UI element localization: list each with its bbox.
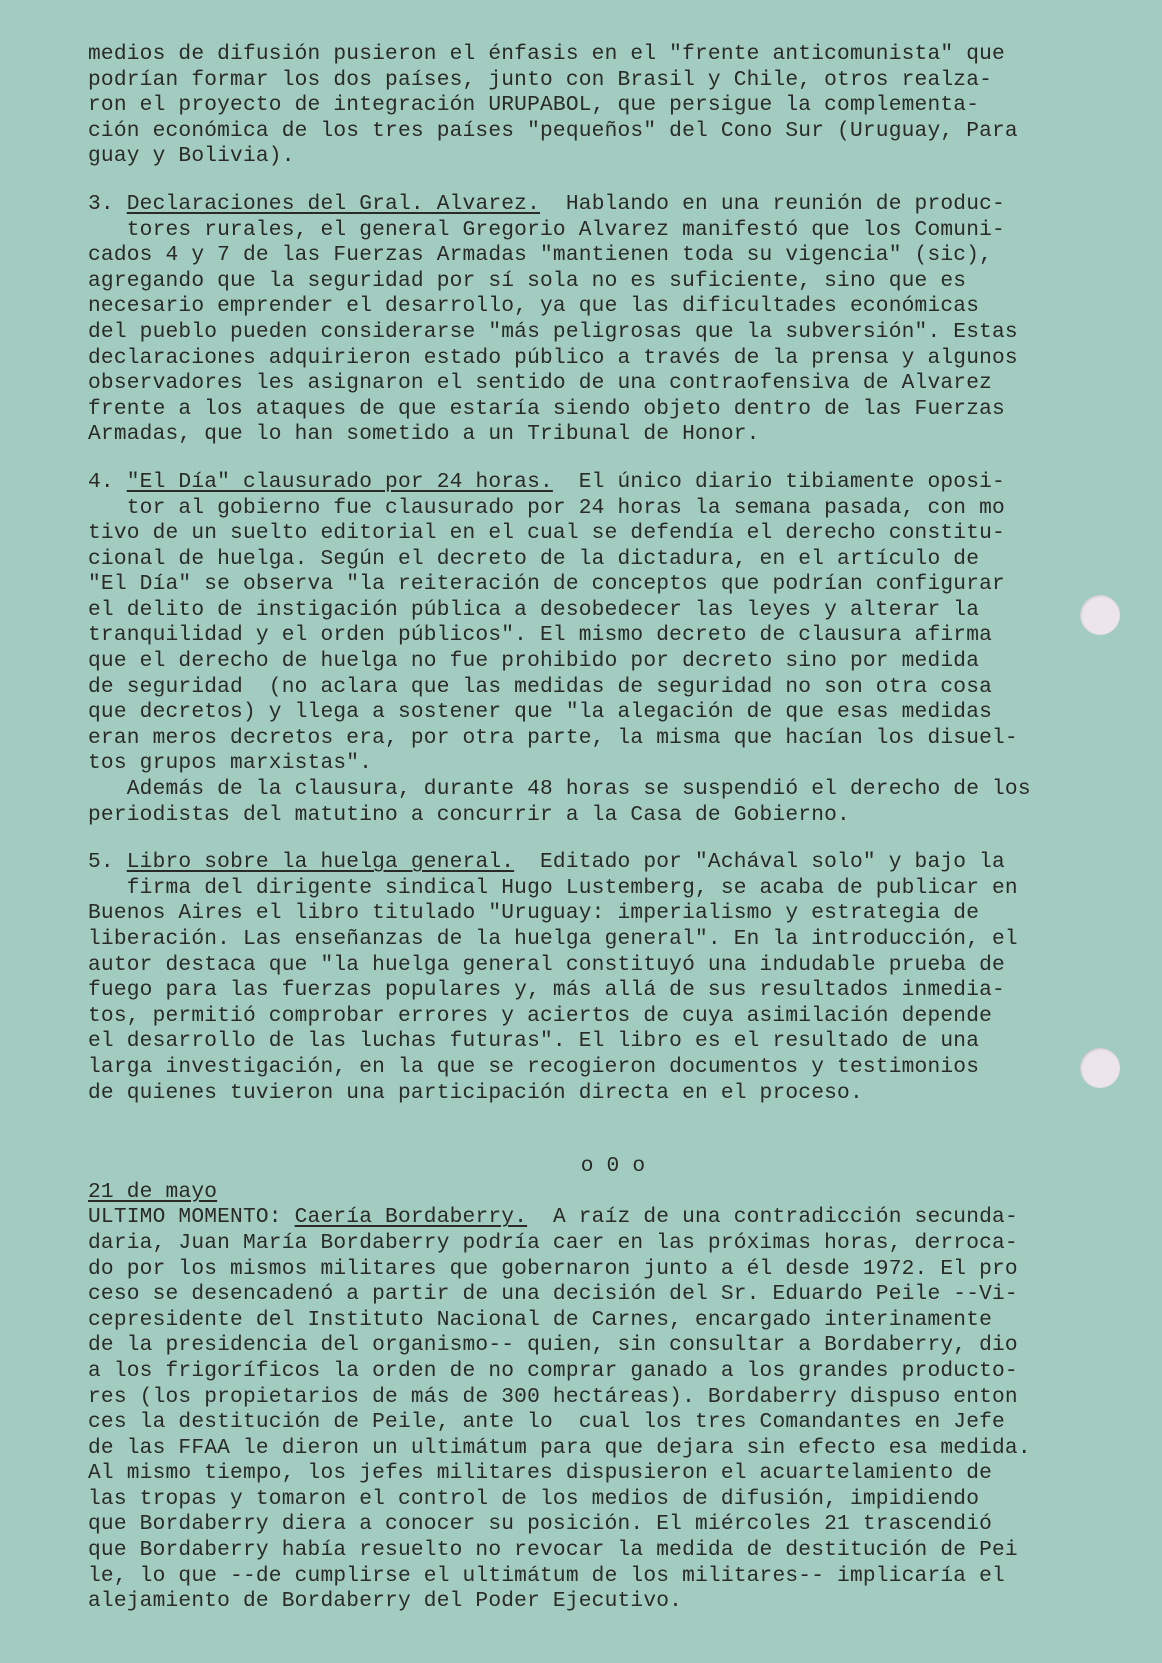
text-line: ceso se desencadenó a partir de una deci…: [88, 1282, 1138, 1308]
text-line: observadores les asignaron el sentido de…: [88, 371, 1138, 397]
text-line: tores rurales, el general Gregorio Alvar…: [88, 218, 1138, 244]
text-fragment: Editado por "Achával solo" y bajo la: [514, 850, 1005, 874]
update-date: 21 de mayo: [88, 1180, 217, 1204]
text-line: que decretos) y llega a sostener que "la…: [88, 700, 1138, 726]
text-line: declaraciones adquirieron estado público…: [88, 346, 1138, 372]
section-5: 5. Libro sobre la huelga general. Editad…: [88, 850, 1138, 1106]
text-line: cional de huelga. Según el decreto de la…: [88, 547, 1138, 573]
text-line: fuego para las fuerzas populares y, más …: [88, 978, 1138, 1004]
text-line: "El Día" se observa "la reiteración de c…: [88, 572, 1138, 598]
punch-hole-icon: [1080, 1048, 1120, 1088]
text-line: tos grupos marxistas".: [88, 751, 1138, 777]
text-line: el delito de instigación pública a desob…: [88, 598, 1138, 624]
text-line: ces la destitución de Peile, ante lo cua…: [88, 1410, 1138, 1436]
text-line: guay y Bolivia).: [88, 144, 1138, 170]
section-3: 3. Declaraciones del Gral. Alvarez. Habl…: [88, 192, 1138, 448]
section-title: Declaraciones del Gral. Alvarez.: [127, 192, 540, 216]
intro-paragraph: medios de difusión pusieron el énfasis e…: [88, 42, 1138, 170]
text-line: necesario emprender el desarrollo, ya qu…: [88, 294, 1138, 320]
text-line: tor al gobierno fue clausurado por 24 ho…: [88, 496, 1138, 522]
text-line: el desarrollo de las luchas futuras". El…: [88, 1029, 1138, 1055]
text-line: de la presidencia del organismo-- quien,…: [88, 1333, 1138, 1359]
text-fragment: A raíz de una contradicción secunda-: [527, 1205, 1018, 1229]
text-line: le, lo que --de cumplirse el ultimátum d…: [88, 1564, 1138, 1590]
text-line: daria, Juan María Bordaberry podría caer…: [88, 1231, 1138, 1257]
text-line: que Bordaberry diera a conocer su posici…: [88, 1512, 1138, 1538]
text-line: eran meros decretos era, por otra parte,…: [88, 726, 1138, 752]
text-line: liberación. Las enseñanzas de la huelga …: [88, 927, 1138, 953]
text-line: larga investigación, en la que se recogi…: [88, 1055, 1138, 1081]
text-line: de seguridad (no aclara que las medidas …: [88, 675, 1138, 701]
text-line: Armadas, que lo han sometido a un Tribun…: [88, 422, 1138, 448]
text-line: medios de difusión pusieron el énfasis e…: [88, 42, 1138, 68]
text-line: podrían formar los dos países, junto con…: [88, 68, 1138, 94]
text-line: frente a los ataques de que estaría sien…: [88, 397, 1138, 423]
section-4: 4. "El Día" clausurado por 24 horas. El …: [88, 470, 1138, 828]
text-line: Además de la clausura, durante 48 horas …: [88, 777, 1138, 803]
text-line: a los frigoríficos la orden de no compra…: [88, 1359, 1138, 1385]
text-line: ción económica de los tres países "peque…: [88, 119, 1138, 145]
section-number: 4.: [88, 470, 127, 494]
text-fragment: El único diario tibiamente oposi-: [553, 470, 1005, 494]
section-number: 5.: [88, 850, 127, 874]
update-label: ULTIMO MOMENTO:: [88, 1205, 295, 1229]
text-line: firma del dirigente sindical Hugo Lustem…: [88, 876, 1138, 902]
text-line: ron el proyecto de integración URUPABOL,…: [88, 93, 1138, 119]
section-number: 3.: [88, 192, 127, 216]
text-line: cepresidente del Instituto Nacional de C…: [88, 1308, 1138, 1334]
text-line: tos, permitió comprobar errores y aciert…: [88, 1004, 1138, 1030]
text-line: las tropas y tomaron el control de los m…: [88, 1487, 1138, 1513]
text-line: del pueblo pueden considerarse "más peli…: [88, 320, 1138, 346]
document-page: medios de difusión pusieron el énfasis e…: [88, 42, 1138, 1615]
text-line: que Bordaberry había resuelto no revocar…: [88, 1538, 1138, 1564]
text-line: tranquilidad y el orden públicos". El mi…: [88, 623, 1138, 649]
text-line: de quienes tuvieron una participación di…: [88, 1081, 1138, 1107]
section-title: "El Día" clausurado por 24 horas.: [127, 470, 553, 494]
text-line: que el derecho de huelga no fue prohibid…: [88, 649, 1138, 675]
text-line: tivo de un suelto editorial en el cual s…: [88, 521, 1138, 547]
section-separator: o 0 o: [88, 1154, 1138, 1180]
text-line: periodistas del matutino a concurrir a l…: [88, 803, 1138, 829]
text-line: do por los mismos militares que gobernar…: [88, 1257, 1138, 1283]
section-title: Libro sobre la huelga general.: [127, 850, 514, 874]
punch-hole-icon: [1080, 595, 1120, 635]
text-line: de las FFAA le dieron un ultimátum para …: [88, 1436, 1138, 1462]
update-title: Caería Bordaberry.: [295, 1205, 527, 1229]
text-line: agregando que la seguridad por sí sola n…: [88, 269, 1138, 295]
text-line: alejamiento de Bordaberry del Poder Ejec…: [88, 1589, 1138, 1615]
text-line: autor destaca que "la huelga general con…: [88, 953, 1138, 979]
text-line: Al mismo tiempo, los jefes militares dis…: [88, 1461, 1138, 1487]
text-line: res (los propietarios de más de 300 hect…: [88, 1385, 1138, 1411]
text-fragment: Hablando en una reunión de produc-: [540, 192, 1005, 216]
text-line: Buenos Aires el libro titulado "Uruguay:…: [88, 901, 1138, 927]
text-line: cados 4 y 7 de las Fuerzas Armadas "mant…: [88, 243, 1138, 269]
latest-update: 21 de mayo ULTIMO MOMENTO: Caería Bordab…: [88, 1180, 1138, 1615]
